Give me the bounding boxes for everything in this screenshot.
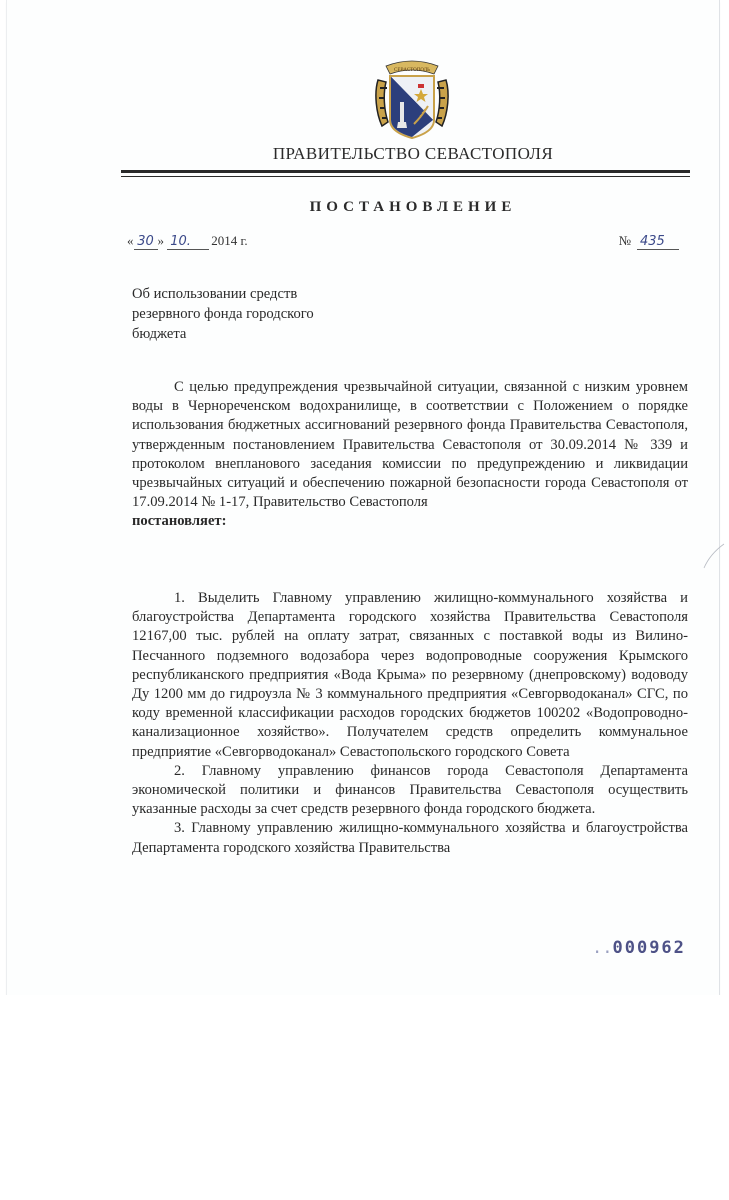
document-number: №435 [619,233,679,250]
subject-line: Об использовании средств [132,284,314,304]
svg-text:СЕВАСТОПОЛЬ: СЕВАСТОПОЛЬ [394,68,430,73]
document-type-title: ПОСТАНОВЛЕНИЕ [7,199,719,216]
subject-line: бюджета [132,324,314,344]
resolution-items: 1. Выделить Главному управлению жилищно-… [132,589,688,858]
blank-area [0,995,729,1200]
government-name: ПРАВИТЕЛЬСТВО СЕВАСТОПОЛЯ [7,144,719,164]
document-subject: Об использовании средств резервного фонд… [132,284,314,344]
date-close-quote: » [158,233,165,248]
date-day-handwritten: 30 [134,234,158,250]
document-page: СЕВАСТОПОЛЬ ПРАВИТЕЛЬСТВО СЕВАСТОПОЛЯ ПО… [6,0,720,995]
coat-of-arms-icon: СЕВАСТОПОЛЬ [372,58,452,146]
pen-stroke-mark [702,540,726,570]
header-divider-thick [121,170,690,173]
number-handwritten: 435 [637,234,679,250]
resolution-item-1: 1. Выделить Главному управлению жилищно-… [132,589,688,762]
number-sign: № [619,233,631,248]
serial-dots: .. [592,938,612,958]
document-date: «30» 10.2014 г. [127,233,248,250]
serial-number-stamp: ..000962 [592,938,686,958]
date-month-handwritten: 10. [167,234,209,250]
preamble-paragraph: С целью предупреждения чрезвычайной ситу… [132,378,688,532]
resolution-item-2: 2. Главному управлению финансов города С… [132,762,688,820]
resolves-word: постановляет: [132,513,226,529]
subject-line: резервного фонда городского [132,304,314,324]
resolution-item-3: 3. Главному управлению жилищно-коммуналь… [132,819,688,857]
header-divider-thin [121,176,690,177]
preamble-text: С целью предупреждения чрезвычайной ситу… [132,379,688,510]
date-year: 2014 г. [211,233,247,248]
serial-value: 000962 [612,938,685,958]
